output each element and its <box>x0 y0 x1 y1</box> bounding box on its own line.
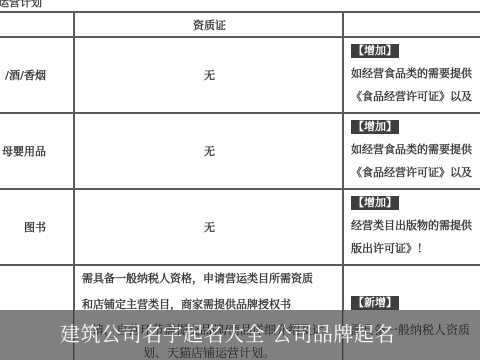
notes-tag: 【增加】 <box>351 120 399 134</box>
category-cell: 母婴用品 <box>0 114 74 188</box>
notes-cell: 【增加】 如经营食品类的需要提供 《食品经营许可证》以及 <box>345 120 480 186</box>
notes-line: 《食品经营许可证》以及 <box>351 166 472 180</box>
qualification-cell: 无 <box>76 190 343 264</box>
notes-cell: 【新增】 <box>345 296 480 310</box>
notes-line: 如经营食品类的需要提供 <box>351 67 472 81</box>
notes-tag: 【增加】 <box>351 196 399 210</box>
table-caption: 运营计划 <box>0 0 42 10</box>
notes-tag: 【增加】 <box>351 44 399 58</box>
header-qualification: 资质证 <box>76 13 343 36</box>
notes-line: 版出许可证》！ <box>351 242 428 256</box>
qualification-line: 需具备一般纳税人资格，申请营运类目所需资质 <box>82 266 340 292</box>
notes-cell: 【增加】 如经营食品类的需要提供 《食品经营许可证》以及 <box>345 44 480 110</box>
banner-title: 建筑公司名字起名大全 公司品牌起名 <box>60 318 395 347</box>
notes-line: 经营类目出版物的需提供 <box>351 219 472 233</box>
qualification-cell: 无 <box>76 38 343 112</box>
notes-tag: 【新增】 <box>351 296 399 310</box>
notes-cell: 【增加】 经营类目出版物的需提供 版出许可证》！ <box>345 196 480 262</box>
notes-line: 《食品经营许可证》以及 <box>351 90 472 104</box>
notes-line: 如经营食品类的需要提供 <box>351 143 472 157</box>
category-cell: 图书 <box>0 190 74 264</box>
qualification-cell: 无 <box>76 114 343 188</box>
document-page: 运营计划 资质证 /酒/香烟 无 【增加】 如经营食品类的需要提供 《食品经营许… <box>0 0 480 360</box>
category-cell: /酒/香烟 <box>0 38 74 112</box>
